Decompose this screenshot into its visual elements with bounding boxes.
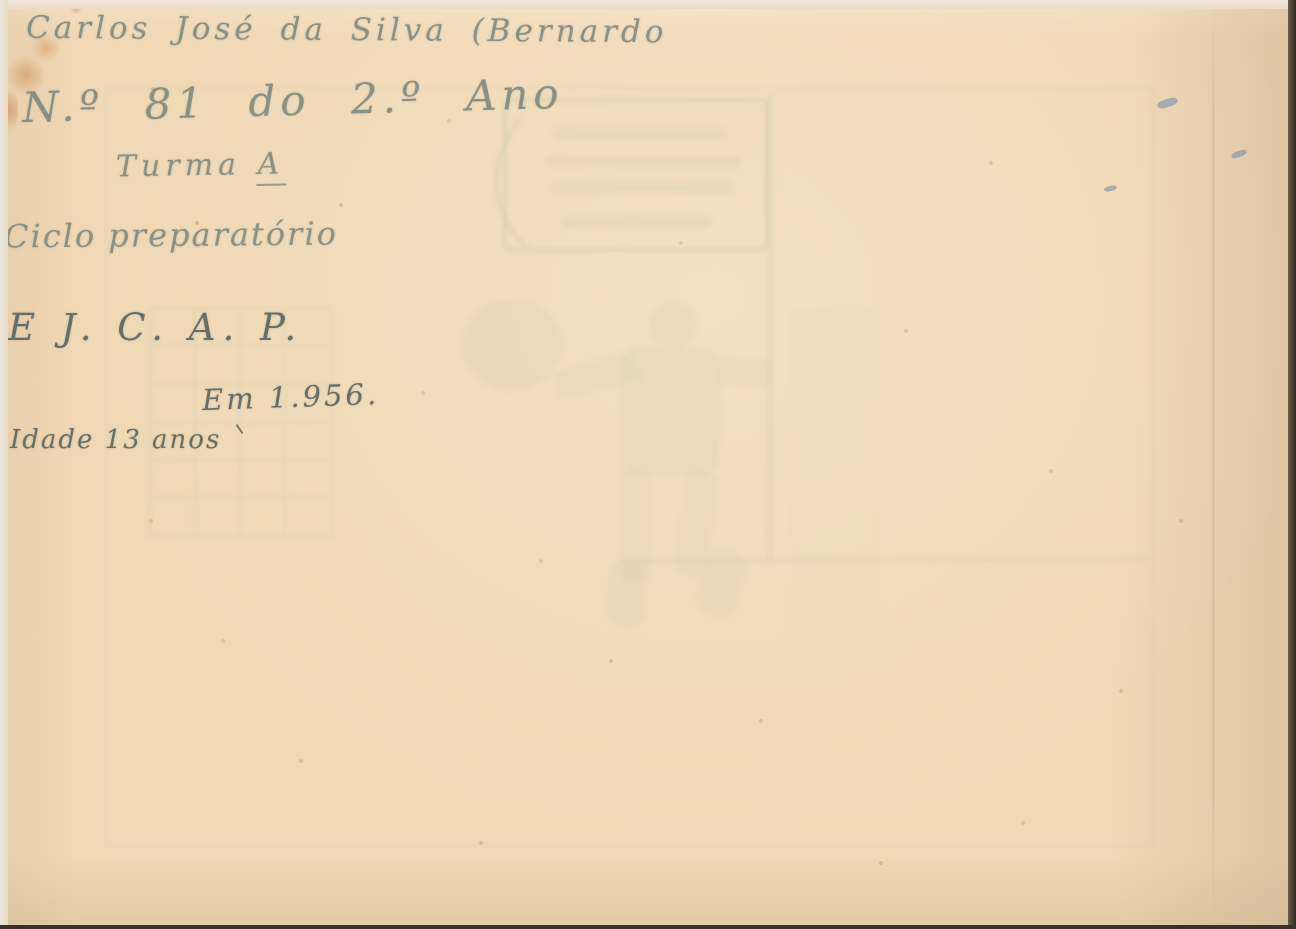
photo-verso-scan: Carlos José da Silva (Bernardo N.º 81 do… xyxy=(0,0,1296,929)
ghost-head xyxy=(649,301,697,349)
ghost-left-boot xyxy=(608,562,646,626)
handwritten-age-line: Idade 13 anos xyxy=(10,425,221,455)
bleedthrough-ghost-image xyxy=(0,0,1296,929)
scan-edge-right xyxy=(1288,0,1296,929)
handwritten-year-line: Em 1.956. xyxy=(201,377,379,417)
class-letter-underlined: A xyxy=(255,147,286,187)
paper-crease xyxy=(1212,0,1215,929)
ghost-flag-pole xyxy=(766,92,774,562)
ghost-sign-text-row xyxy=(562,216,712,227)
ghost-sign-text-row xyxy=(553,128,728,139)
handwritten-school-initials-line: E J. C. A. P. xyxy=(8,306,303,349)
ghost-flag-band xyxy=(792,310,878,628)
ghost-hat xyxy=(462,299,562,391)
ghost-torso xyxy=(620,348,720,476)
scan-edge-bottom xyxy=(0,925,1296,929)
class-word: Turma xyxy=(116,147,242,184)
handwritten-name-line: Carlos José da Silva (Bernardo xyxy=(26,10,668,50)
ghost-sign-text-row xyxy=(545,156,740,167)
ghost-sign-text-row xyxy=(549,182,734,193)
scan-edge-left xyxy=(0,0,8,929)
handwritten-class-line: Turma A xyxy=(116,147,287,185)
ghost-right-arm xyxy=(716,358,772,386)
scan-edge-top xyxy=(0,0,1296,9)
handwritten-cycle-line: Ciclo preparatório xyxy=(4,215,338,256)
